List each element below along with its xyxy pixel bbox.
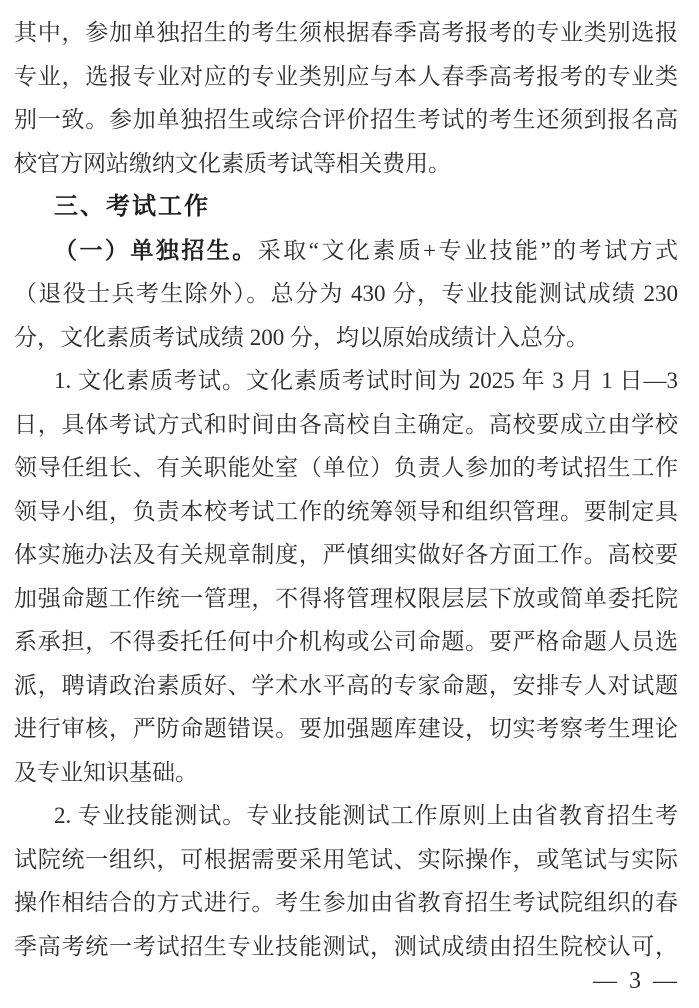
text-line: 派，聘请政治素质好、学术水平高的专家命题，安排专人对试题 [14,664,678,708]
text-line: 季高考统一考试招生专业技能测试，测试成绩由招生院校认可， [14,925,678,969]
text-line: 日，具体考试方式和时间由各高校自主确定。高校要成立由学校 [14,403,678,447]
text-line: 别一致。参加单独招生或综合评价招生考试的考生还须到报名高 [14,98,678,142]
text-line: 校官方网站缴纳文化素质考试等相关费用。 [14,142,678,186]
text-line: （一）单独招生。采取“文化素质+专业技能”的考试方式 [14,229,678,273]
page-number: — 3 — [593,968,680,995]
text-line: （退役士兵考生除外）。总分为 430 分，专业技能测试成绩 230 [14,272,678,316]
text-line: 2. 专业技能测试。专业技能测试工作原则上由省教育招生考 [14,794,678,838]
paragraph-lead: （一）单独招生。 [54,238,258,263]
text-line: 专业，选报专业对应的专业类别应与本人春季高考报考的专业类 [14,55,678,99]
text-line: 系承担，不得委托任何中介机构或公司命题。要严格命题人员选 [14,620,678,664]
text-line: 其中，参加单独招生的考生须根据春季高考报考的专业类别选报 [14,11,678,55]
text-line: 加强命题工作统一管理，不得将管理权限层层下放或简单委托院 [14,577,678,621]
document-page: 其中，参加单独招生的考生须根据春季高考报考的专业类别选报专业，选报专业对应的专业… [0,0,699,1008]
text-line: 体实施办法及有关规章制度，严慎细实做好各方面工作。高校要 [14,533,678,577]
text-line: 进行审核，严防命题错误。要加强题库建设，切实考察考生理论 [14,707,678,751]
text-line: 1. 文化素质考试。文化素质考试时间为 2025 年 3 月 1 日—3 [14,359,678,403]
text-line: 分，文化素质考试成绩 200 分，均以原始成绩计入总分。 [14,316,678,360]
text-line: 领导小组，负责本校考试工作的统筹领导和组织管理。要制定具 [14,490,678,534]
text-line: 及专业知识基础。 [14,751,678,795]
section-heading-line: 三、考试工作 [14,185,678,229]
document-body: 其中，参加单独招生的考生须根据春季高考报考的专业类别选报专业，选报专业对应的专业… [14,11,678,968]
text-line: 试院统一组织，可根据需要采用笔试、实际操作，或笔试与实际 [14,838,678,882]
text-line: 领导任组长、有关职能处室（单位）负责人参加的考试招生工作 [14,446,678,490]
text-line: 操作相结合的方式进行。考生参加由省教育招生考试院组织的春 [14,881,678,925]
